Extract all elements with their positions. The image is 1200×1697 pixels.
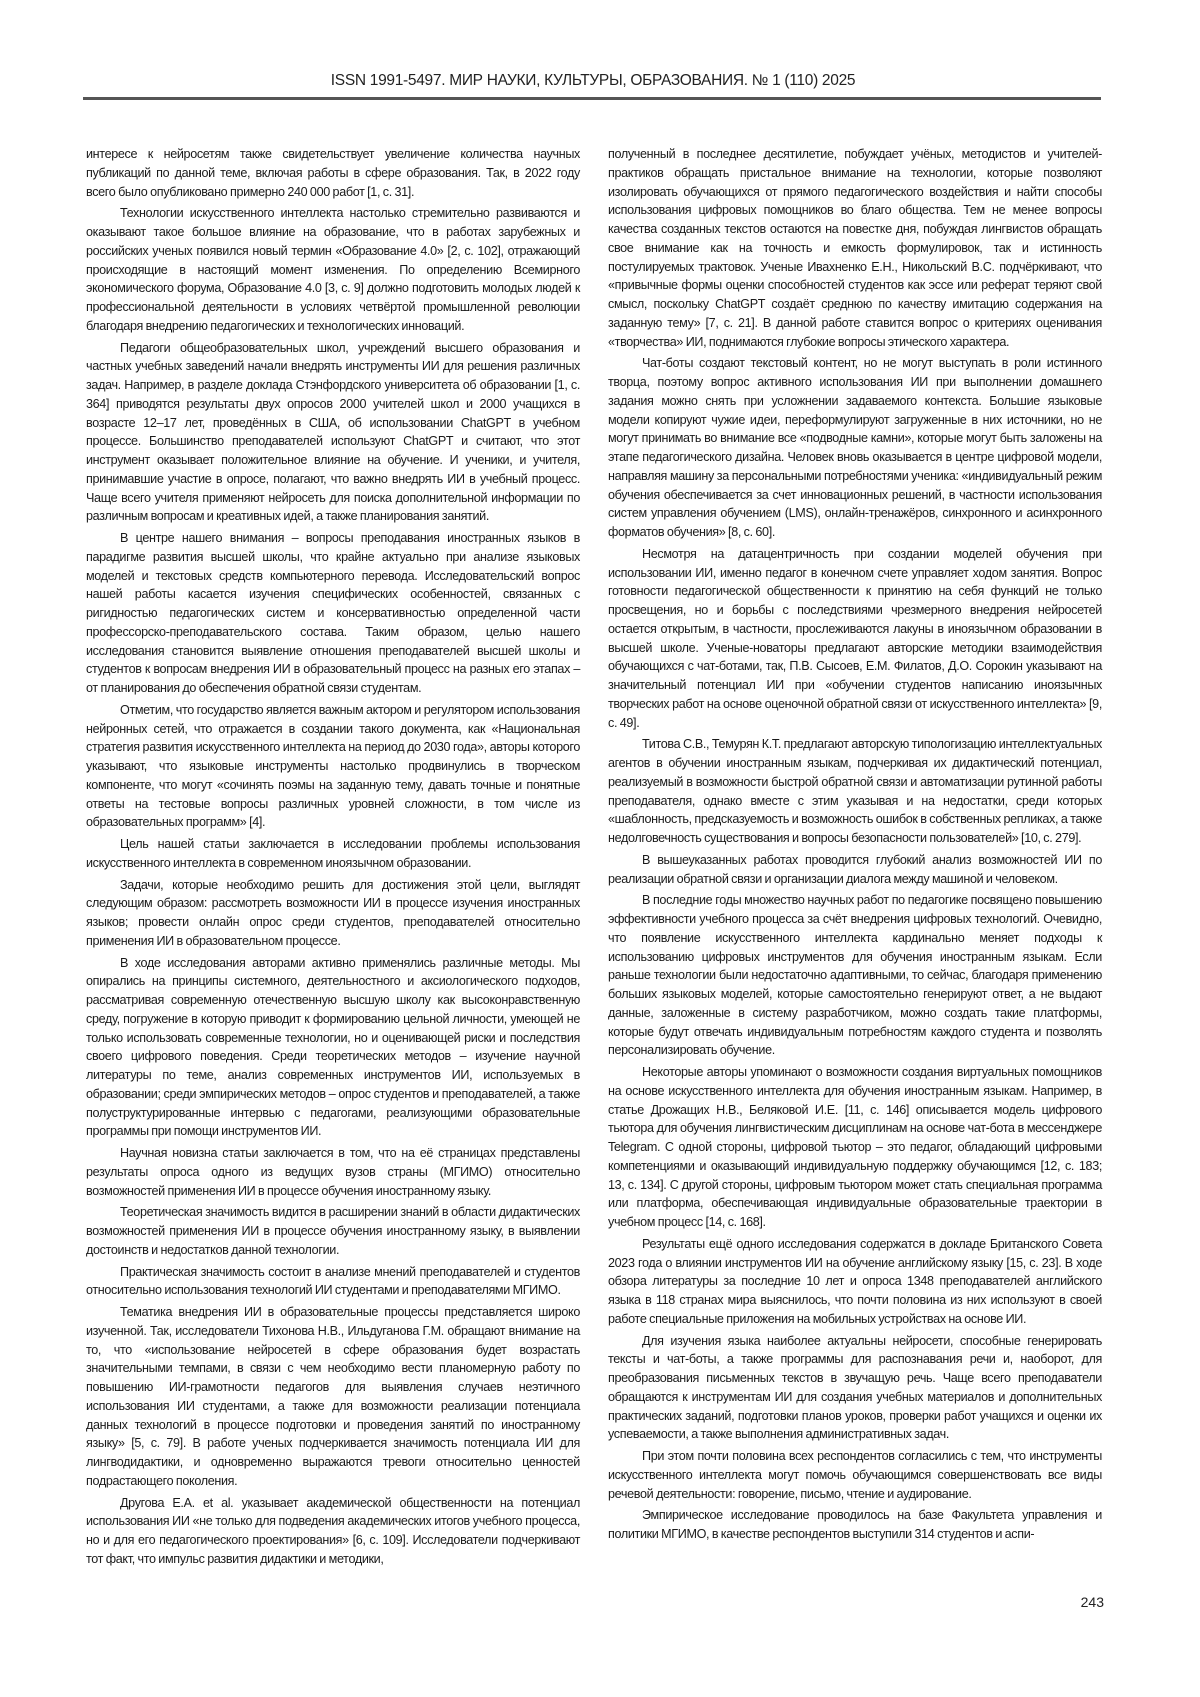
paragraph: Другова Е.А. et al. указывает академичес…	[86, 1494, 580, 1569]
paragraph: В ходе исследования авторами активно при…	[86, 954, 580, 1142]
page-number: 243	[1081, 1594, 1104, 1610]
header-divider	[83, 97, 1101, 100]
journal-running-header: ISSN 1991-5497. МИР НАУКИ, КУЛЬТУРЫ, ОБР…	[86, 72, 1100, 96]
paragraph: полученный в последнее десятилетие, побу…	[608, 145, 1102, 351]
paragraph: В вышеуказанных работах проводится глубо…	[608, 851, 1102, 889]
paragraph: Педагоги общеобразовательных школ, учреж…	[86, 339, 580, 527]
paragraph: Чат-боты создают текстовый контент, но н…	[608, 354, 1102, 542]
paragraph: Несмотря на датацентричность при создани…	[608, 545, 1102, 733]
article-body: интересе к нейросетям также свидетельств…	[86, 145, 1102, 1572]
paragraph: В центре нашего внимания – вопросы препо…	[86, 529, 580, 698]
paragraph: Некоторые авторы упоминают о возможности…	[608, 1063, 1102, 1232]
paragraph: Задачи, которые необходимо решить для до…	[86, 876, 580, 951]
paragraph: Результаты ещё одного исследования содер…	[608, 1235, 1102, 1329]
left-column: интересе к нейросетям также свидетельств…	[86, 145, 580, 1572]
paragraph: При этом почти половина всех респонденто…	[608, 1447, 1102, 1503]
paragraph: Титова С.В., Темурян К.Т. предлагают авт…	[608, 735, 1102, 848]
paragraph: Для изучения языка наиболее актуальны не…	[608, 1332, 1102, 1445]
paragraph: Тематика внедрения ИИ в образовательные …	[86, 1303, 580, 1491]
paragraph: Отметим, что государство является важным…	[86, 701, 580, 832]
paragraph: Цель нашей статьи заключается в исследов…	[86, 835, 580, 873]
paragraph: Научная новизна статьи заключается в том…	[86, 1144, 580, 1200]
paragraph: Технологии искусственного интеллекта нас…	[86, 204, 580, 335]
paragraph: В последние годы множество научных работ…	[608, 891, 1102, 1060]
paragraph: Практическая значимость состоит в анализ…	[86, 1263, 580, 1301]
paragraph: Теоретическая значимость видится в расши…	[86, 1203, 580, 1259]
paragraph: интересе к нейросетям также свидетельств…	[86, 145, 580, 201]
paragraph: Эмпирическое исследование проводилось на…	[608, 1506, 1102, 1544]
right-column: полученный в последнее десятилетие, побу…	[608, 145, 1102, 1572]
